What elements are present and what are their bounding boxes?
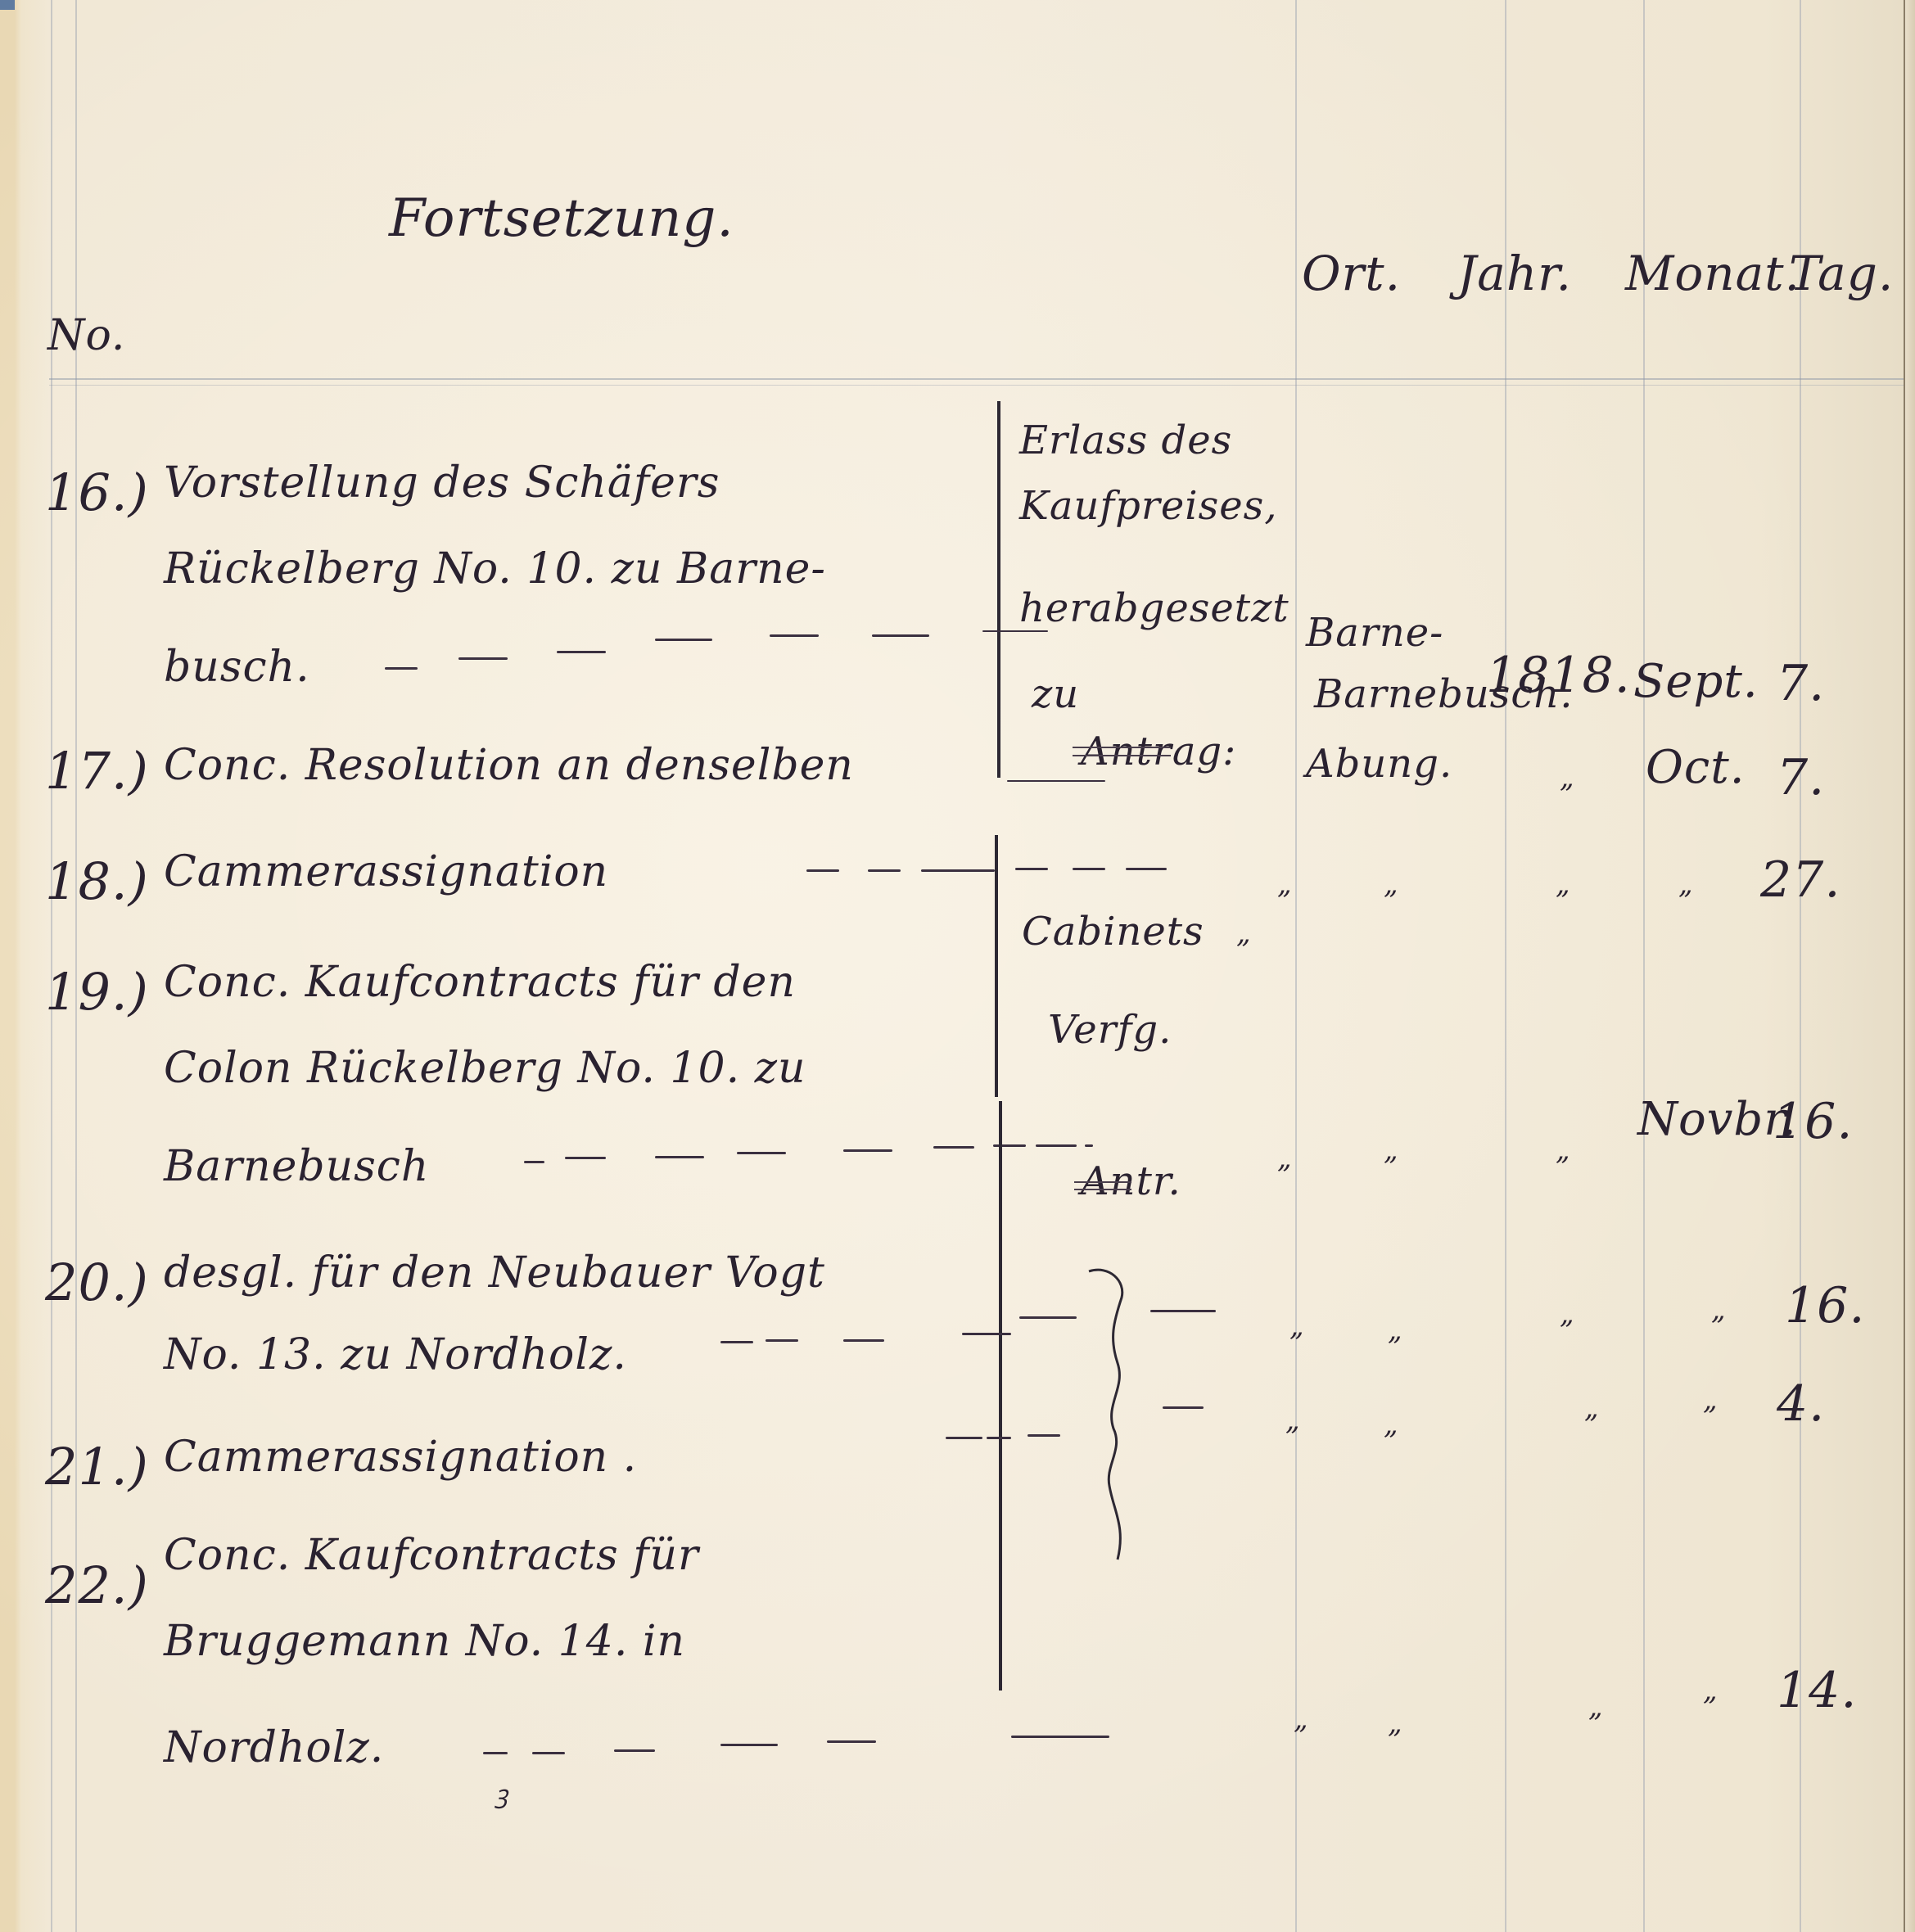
filler-dash bbox=[385, 667, 418, 670]
filler-dash bbox=[806, 869, 839, 872]
filler-dash bbox=[737, 1152, 786, 1154]
day-value: 16. bbox=[1785, 1277, 1865, 1334]
page-title: Fortsetzung. bbox=[389, 188, 734, 249]
year-value: 1818. bbox=[1486, 647, 1631, 704]
bracket-note-struck: Antrag: bbox=[1081, 729, 1236, 774]
ditto-mark: „ bbox=[1285, 1404, 1300, 1437]
ditto-mark: „ bbox=[1678, 868, 1693, 901]
ditto-mark: „ bbox=[1384, 1134, 1398, 1167]
entry-text: Conc. Resolution an denselben bbox=[164, 741, 854, 790]
entry-text: busch. bbox=[164, 643, 310, 692]
entry-text: Conc. Kaufcontracts für bbox=[164, 1531, 699, 1580]
filler-dash bbox=[766, 1339, 798, 1342]
filler-dash bbox=[565, 1157, 606, 1159]
filler-dash bbox=[1085, 1144, 1093, 1147]
filler-dash bbox=[655, 1156, 704, 1158]
ink-mark: ꝫ bbox=[495, 1776, 508, 1810]
filler-dash bbox=[868, 869, 901, 872]
filler-dash bbox=[1150, 1310, 1216, 1312]
entry-text: Cammerassignation bbox=[164, 847, 608, 896]
ditto-mark: „ bbox=[1711, 1293, 1726, 1326]
ditto-mark: „ bbox=[1703, 1674, 1718, 1707]
strikethrough bbox=[1074, 1181, 1131, 1183]
bracket-note: zu bbox=[1032, 671, 1079, 717]
column-header-month: Monat. bbox=[1625, 246, 1800, 301]
filler-dash bbox=[921, 869, 995, 872]
column-header-number: No. bbox=[47, 311, 125, 360]
bracket-note: herabgesetzt bbox=[1019, 585, 1289, 631]
header-rule bbox=[49, 378, 1904, 380]
ditto-mark: „ bbox=[1703, 1384, 1718, 1416]
entry-number: 20.) bbox=[45, 1253, 149, 1312]
ditto-mark: „ bbox=[1277, 868, 1292, 901]
bracket-line bbox=[997, 401, 1000, 778]
entry-number: 21.) bbox=[45, 1437, 149, 1496]
filler-dash bbox=[532, 1752, 565, 1754]
entry-number: 17.) bbox=[45, 741, 149, 801]
filler-dash bbox=[557, 651, 606, 653]
ditto-mark: „ bbox=[1384, 868, 1398, 901]
bracket-note: Erlass des bbox=[1019, 418, 1232, 463]
filler-dash bbox=[993, 1144, 1026, 1147]
filler-dash bbox=[483, 1752, 508, 1754]
binding-tab bbox=[0, 0, 15, 10]
entry-number: 19.) bbox=[45, 962, 149, 1022]
place-value: Abung. bbox=[1306, 741, 1452, 787]
filler-dash bbox=[843, 1339, 884, 1342]
entry-text: Bruggemann No. 14. in bbox=[164, 1617, 685, 1666]
filler-dash bbox=[962, 1333, 1011, 1335]
entry-text: Cammerassignation . bbox=[164, 1433, 637, 1482]
entry-text: Rückelberg No. 10. zu Barne- bbox=[164, 544, 826, 594]
wavy-connector-line bbox=[1073, 1265, 1138, 1568]
filler-dash bbox=[614, 1749, 655, 1752]
entry-number: 16.) bbox=[45, 463, 149, 522]
bracket-note: Kaufpreises, bbox=[1019, 483, 1278, 529]
entry-text: No. 13. zu Nordholz. bbox=[164, 1330, 627, 1379]
bracket-line bbox=[995, 835, 998, 1097]
filler-dash bbox=[933, 1146, 974, 1149]
entry-text: desgl. für den Neubauer Vogt bbox=[164, 1248, 825, 1298]
strikethrough bbox=[1073, 755, 1171, 756]
ditto-mark: „ bbox=[1388, 1314, 1402, 1347]
entry-text: Vorstellung des Schäfers bbox=[164, 458, 720, 508]
header-rule-double bbox=[49, 385, 1904, 386]
filler-dash bbox=[770, 634, 819, 637]
column-header-place: Ort. bbox=[1302, 246, 1401, 301]
filler-dash bbox=[1019, 1316, 1077, 1319]
filler-dash bbox=[458, 657, 508, 660]
entry-text: Nordholz. bbox=[164, 1723, 384, 1772]
ditto-mark: „ bbox=[1560, 761, 1574, 794]
filler-dash bbox=[1073, 868, 1105, 870]
ditto-mark: „ bbox=[1289, 1310, 1304, 1343]
day-value: 27. bbox=[1760, 851, 1840, 909]
filler-dash bbox=[872, 634, 929, 637]
bracket-line bbox=[999, 1101, 1002, 1690]
day-value: 4. bbox=[1777, 1375, 1825, 1433]
strikethrough bbox=[1074, 1189, 1131, 1190]
entry-text: Conc. Kaufcontracts für den bbox=[164, 958, 796, 1007]
ditto-mark: „ bbox=[1588, 1690, 1603, 1723]
column-header-year: Jahr. bbox=[1457, 246, 1572, 301]
day-value: 7. bbox=[1777, 655, 1825, 712]
day-value: 14. bbox=[1777, 1662, 1857, 1719]
place-text: Barne- bbox=[1306, 610, 1443, 656]
filler-dash bbox=[843, 1149, 892, 1152]
filler-dash bbox=[524, 1161, 544, 1163]
bracket-note: Cabinets bbox=[1022, 909, 1204, 955]
filler-dash bbox=[946, 1437, 982, 1439]
ditto-mark: „ bbox=[1556, 868, 1570, 901]
ditto-mark: „ bbox=[1388, 1707, 1402, 1740]
day-value: 16. bbox=[1773, 1093, 1853, 1150]
bracket-note: Verfg. bbox=[1048, 1007, 1172, 1053]
entry-number: 22.) bbox=[45, 1555, 149, 1615]
filler-dash bbox=[1028, 1434, 1060, 1437]
ditto-mark: „ bbox=[1560, 1298, 1574, 1330]
filler-dash bbox=[827, 1740, 876, 1743]
filler-dash bbox=[1126, 868, 1167, 870]
filler-dash bbox=[720, 1341, 753, 1343]
month-value: Oct. bbox=[1646, 741, 1746, 794]
filler-dash bbox=[1163, 1406, 1204, 1409]
filler-dash bbox=[655, 639, 712, 641]
ditto-mark: „ bbox=[1294, 1703, 1308, 1736]
ditto-mark: „ bbox=[1584, 1392, 1599, 1424]
entry-text: Barnebusch bbox=[164, 1142, 429, 1191]
page-edge bbox=[1904, 0, 1915, 1932]
entry-number: 18.) bbox=[45, 851, 149, 911]
bracket-rule bbox=[1007, 780, 1105, 782]
ditto-mark: „ bbox=[1384, 1408, 1398, 1441]
ditto-mark: „ bbox=[1277, 1142, 1292, 1175]
month-value: Sept. bbox=[1633, 655, 1759, 708]
filler-dash bbox=[1036, 1144, 1077, 1147]
strikethrough bbox=[1073, 747, 1171, 748]
ditto-mark: „ bbox=[1236, 917, 1251, 950]
column-rule-place bbox=[1295, 0, 1297, 1932]
ditto-mark: „ bbox=[1556, 1134, 1570, 1167]
filler-dash bbox=[1011, 1736, 1109, 1738]
filler-dash bbox=[720, 1744, 778, 1746]
day-value: 7. bbox=[1777, 749, 1825, 806]
filler-dash bbox=[1015, 868, 1048, 870]
entry-text: Colon Rückelberg No. 10. zu bbox=[164, 1044, 806, 1093]
filler-dash bbox=[987, 1437, 1011, 1439]
column-header-day: Tag. bbox=[1789, 246, 1894, 301]
